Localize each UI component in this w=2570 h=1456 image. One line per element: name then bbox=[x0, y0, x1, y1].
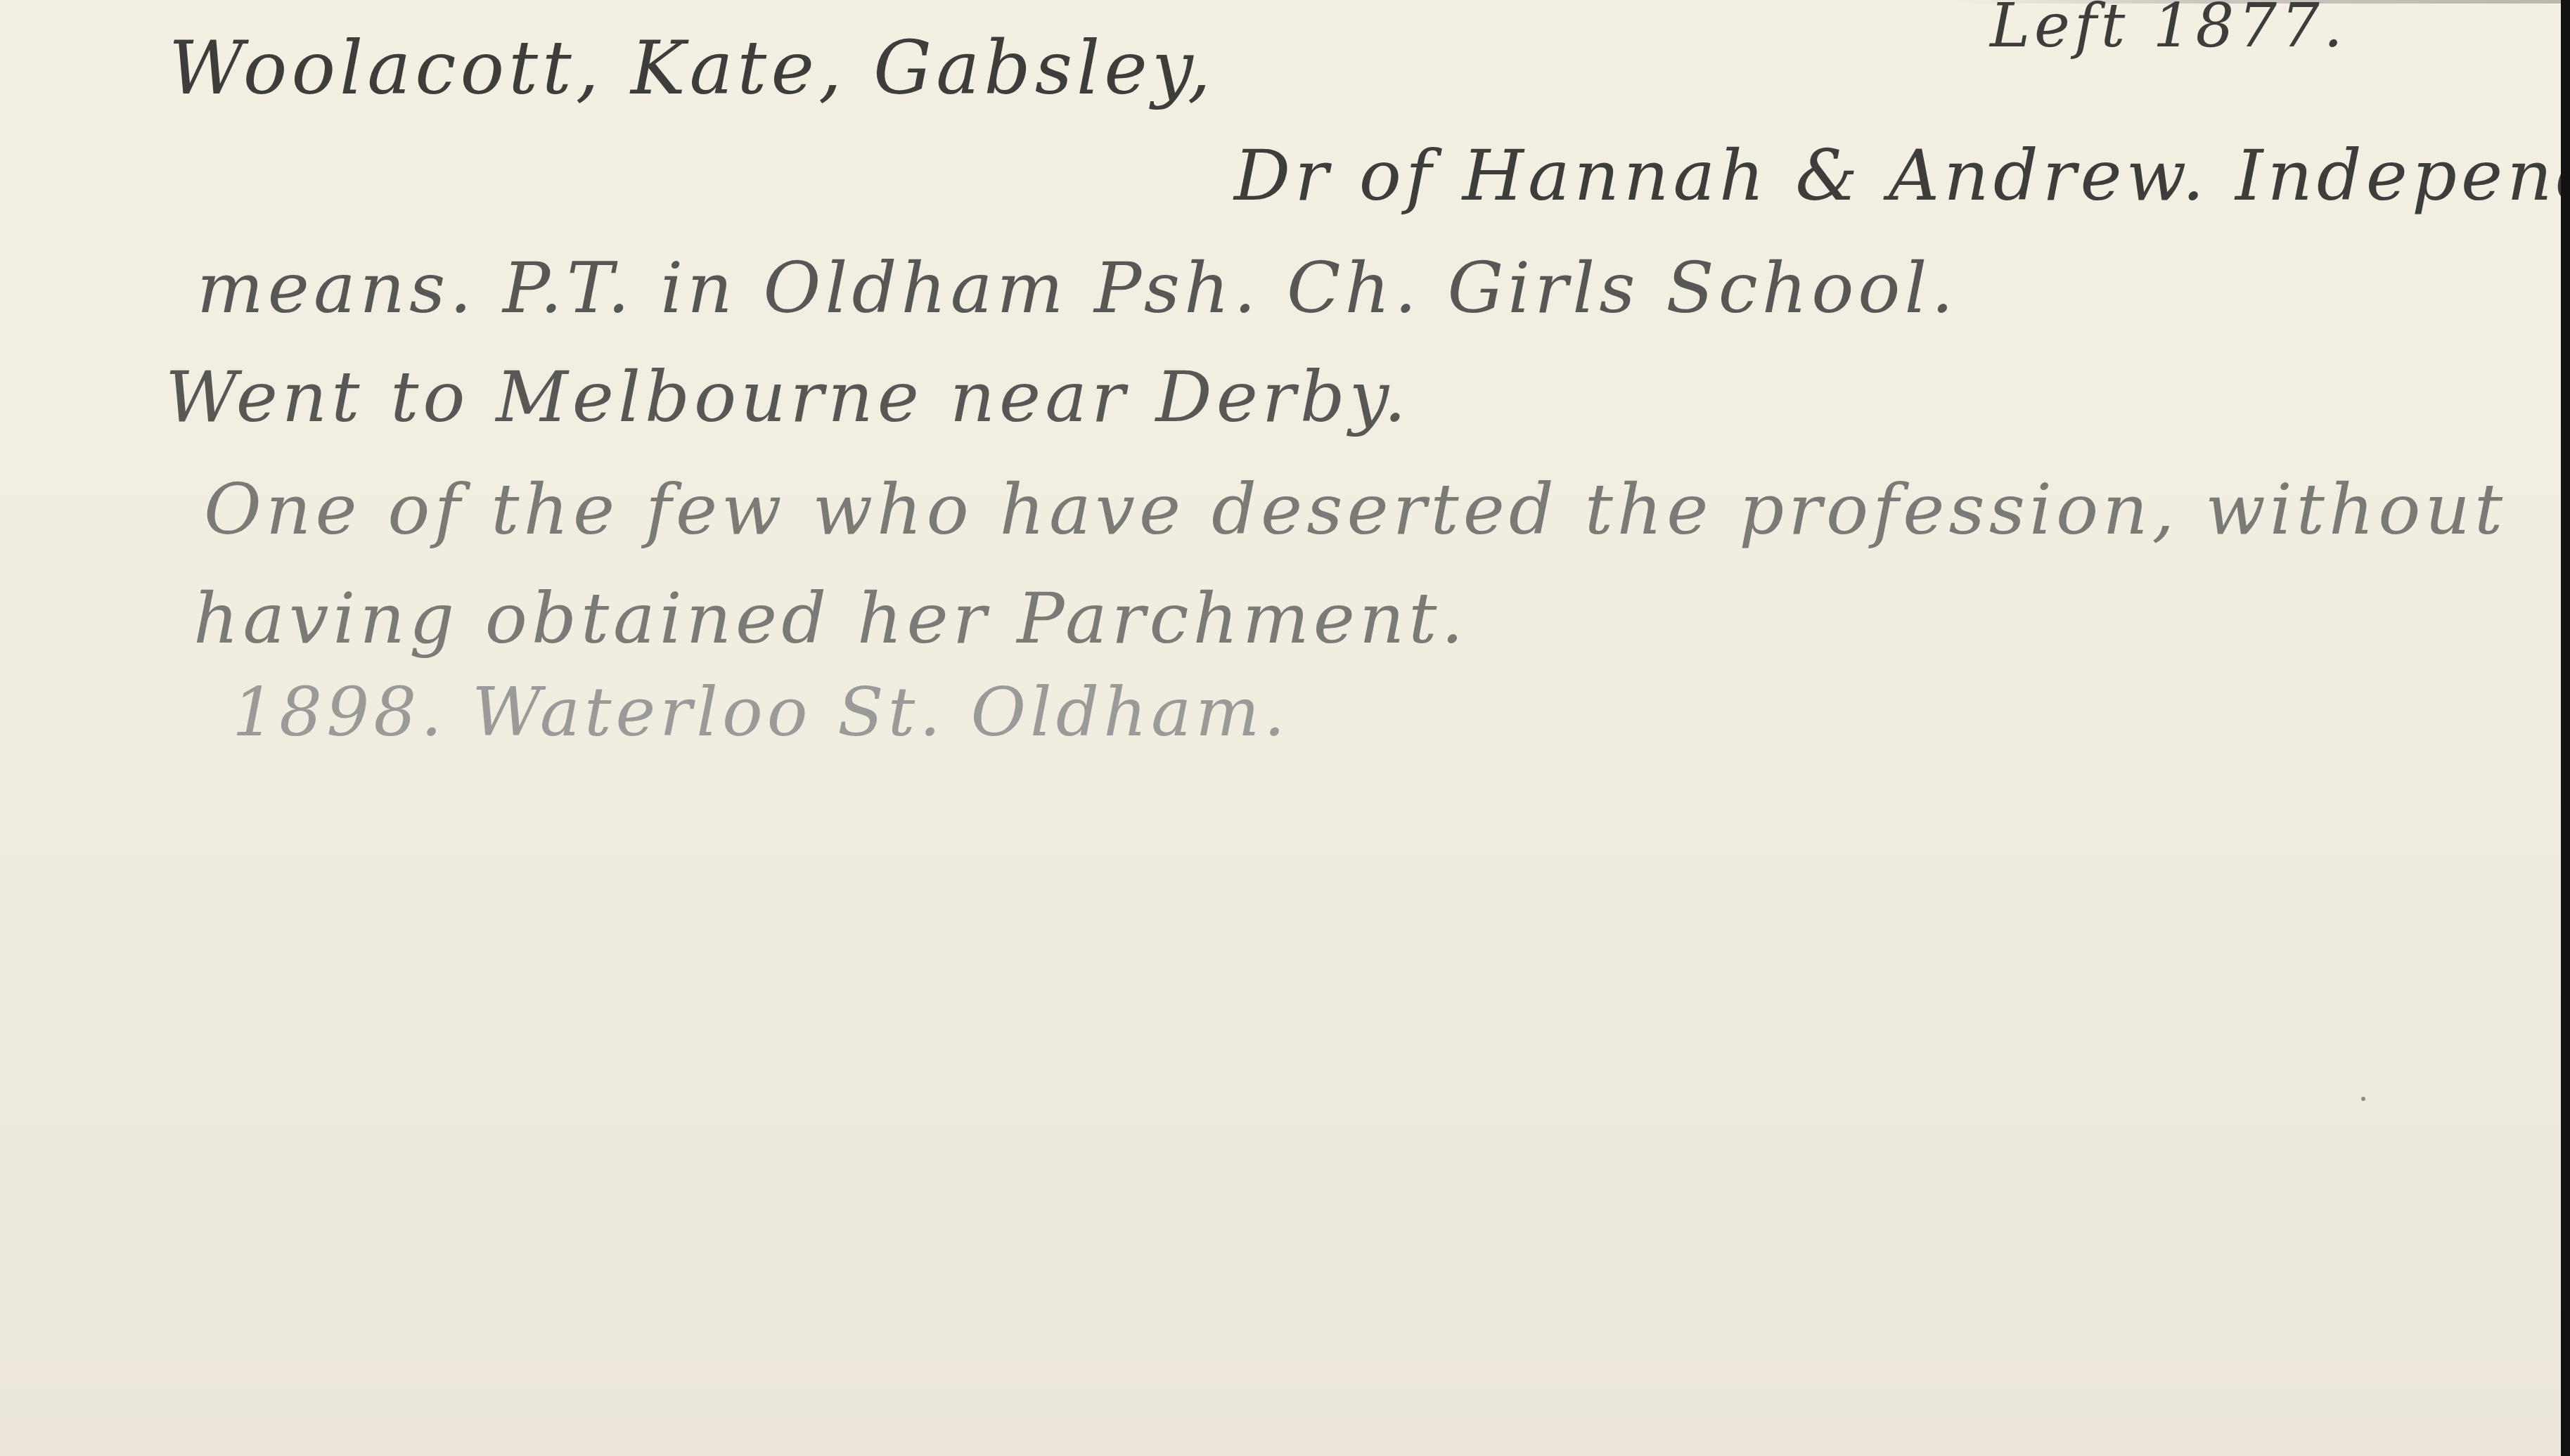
card-line-parents: Dr of Hannah & Andrew. Independant bbox=[1234, 141, 2570, 211]
card-name-heading: Woolacott, Kate, Gabsley, bbox=[169, 32, 1215, 105]
left-date-annotation: Left 1877. bbox=[1990, 0, 2347, 56]
card-line-moved: Went to Melbourne near Derby. bbox=[165, 362, 1411, 432]
index-card: Woolacott, Kate, Gabsley, Left 1877. Dr … bbox=[0, 0, 2561, 1456]
paper-speck bbox=[2361, 1097, 2365, 1101]
card-line-note-continued: having obtained her Parchment. bbox=[193, 584, 1467, 654]
card-line-address: 1898. Waterloo St. Oldham. bbox=[232, 678, 1290, 746]
scan-edge-strip bbox=[2561, 0, 2570, 1456]
card-line-occupation: means. P.T. in Oldham Psh. Ch. Girls Sch… bbox=[197, 253, 1958, 323]
card-line-note: One of the few who have deserted the pro… bbox=[204, 475, 2507, 545]
